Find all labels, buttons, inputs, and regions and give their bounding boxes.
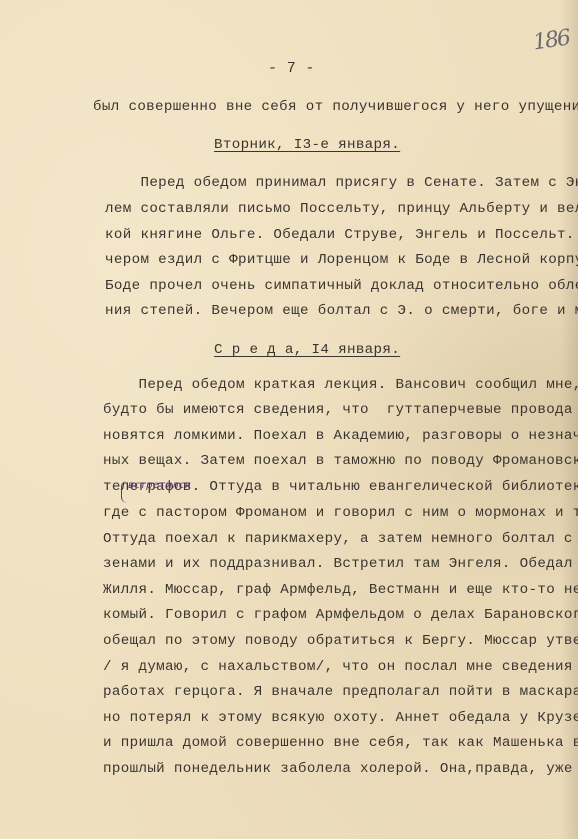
archive-page-number: 186 [531,26,570,56]
text-line: новятся ломкими. Поехал в Академию, разг… [103,427,578,445]
text-line: Перед обедом принимал присягу в Сенате. … [105,174,578,192]
text-line: будто бы имеются сведения, что гуттаперч… [103,401,578,419]
page-number: - 7 - [268,60,315,78]
text-line: где с пастором Фроманом и говорил с ним … [103,504,578,522]
text-line: / я думаю, с нахальством/, что он послал… [103,658,578,676]
handwritten-insert: встретился [128,480,191,491]
typewritten-page: 186 - 7 - был совершенно вне себя от пол… [0,0,578,839]
text-line: чером ездил с Фритцше и Лоренцом к Боде … [105,251,578,269]
text-line: работах герцога. Я вначале предполагал п… [103,683,578,701]
text-line: зенами и их поддразнивал. Встретил там Э… [103,555,578,573]
text-line: но потерял к этому всякую охоту. Аннет о… [103,709,578,727]
text-line: комый. Говорил с графом Армфельдом о дел… [103,606,578,624]
text-line: ных вещах. Затем поехал в таможню по пов… [103,452,578,470]
text-line: Перед обедом краткая лекция. Вансович со… [103,376,578,394]
text-line: Боде прочел очень симпатичный доклад отн… [105,277,578,295]
text-line: обещал по этому поводу обратиться к Берг… [103,632,578,650]
text-line: прошлый понедельник заболела холерой. Он… [103,760,578,778]
text-line: и пришла домой совершенно вне себя, так … [103,734,578,752]
text-line: ния степей. Вечером еще болтал с Э. о см… [105,302,578,320]
text-line: лем составляли письмо Поссельту, принцу … [105,200,578,218]
handwritten-insert-mark [121,481,127,503]
text-line: был совершенно вне себя от получившегося… [93,98,578,116]
entry-heading-wednesday: С р е д а, I4 января. [214,341,400,359]
text-line: Оттуда поехал к парикмахеру, а затем нем… [103,530,578,548]
text-line: Жилля. Мюссар, граф Армфельд, Вестманн и… [103,581,578,599]
entry-heading-tuesday: Вторник, I3-е января. [214,136,400,154]
text-line: кой княгине Ольге. Обедали Струве, Энгел… [105,226,578,244]
